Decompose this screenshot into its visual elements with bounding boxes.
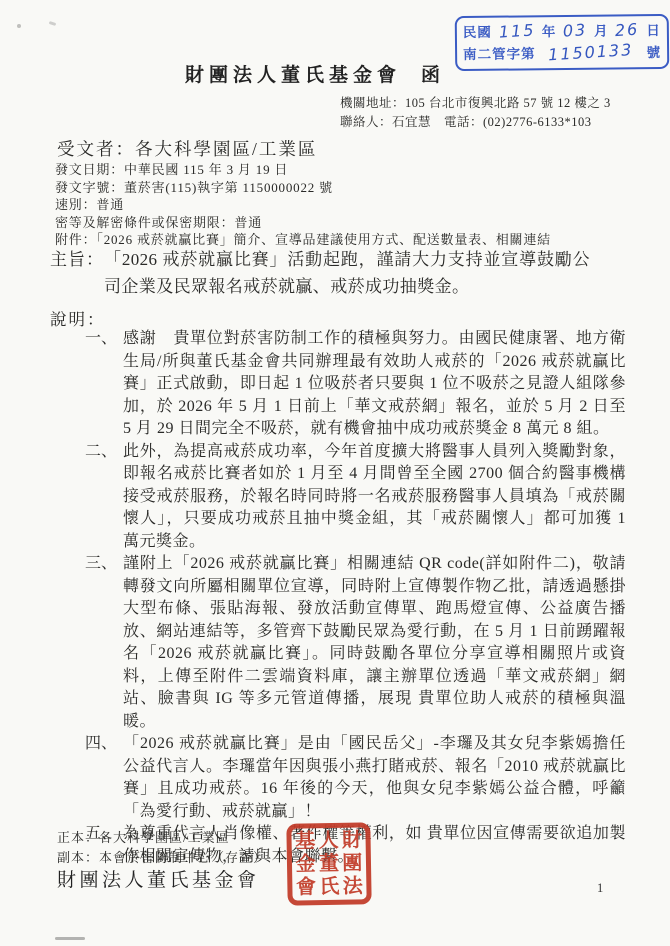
footer-block: 正本：各大科學園區/工業區 副本：本會菸害防制中心（存查） 財團法人董氏基金會 <box>57 828 267 891</box>
scan-artifact <box>55 937 85 940</box>
seal-char: 董 <box>317 852 341 875</box>
explanation-label: 說明： <box>50 306 106 330</box>
seal-char: 金 <box>294 853 318 876</box>
doc-type-label: 函 <box>421 65 445 86</box>
stamp-year-handwritten: 115 <box>498 19 536 42</box>
meta-block: 發文日期：中華民國 115 年 3 月 19 日 發文字號：董菸害(115)執字… <box>55 161 551 249</box>
stamp-month-unit: 月 <box>594 21 609 42</box>
scan-artifact <box>49 21 57 26</box>
stamp-era-label: 民國 <box>463 22 492 43</box>
item-text: 「2026 戒菸就贏比賽」是由「國民岳父」-李㼈及其女兒李紫嫣擔任公益代言人。李… <box>123 733 626 823</box>
document-title: 財團法人董氏基金會函 <box>0 60 630 87</box>
footer-original-copy: 正本：各大科學園區/工業區 <box>57 828 267 848</box>
contact-line: 聯絡人：石宜慧電話：(02)2776-6133*103 <box>340 113 611 132</box>
signer-org-name: 財團法人董氏基金會 <box>57 871 267 891</box>
org-name: 財團法人董氏基金會 <box>185 65 401 86</box>
scan-artifact <box>17 24 21 28</box>
explanation-item-1: 一、 感謝 貴單位對菸害防制工作的積極與努力。由國民健康署、地方衛生局/所與董氏… <box>85 328 626 441</box>
stamp-month-handwritten: 03 <box>562 19 588 41</box>
recipient-line: 受文者：各大科學園區/工業區 <box>57 136 317 161</box>
seal-char: 人 <box>317 830 341 853</box>
foundation-red-seal: 基 人 財 金 董 團 會 氏 法 <box>286 822 371 905</box>
item-text: 此外，為提高戒菸成功率，今年首度擴大將醫事人員列入獎勵對象，即報名戒菸比賽者如於… <box>123 441 626 554</box>
seal-char: 會 <box>294 876 318 899</box>
subject-block: 主旨： 「2026 戒菸就贏比賽」活動起跑，謹請大力支持並宣導鼓勵公司企業及民眾… <box>50 247 590 300</box>
item-text: 謹附上「2026 戒菸就贏比賽」相關連結 QR code(詳如附件二)，敬請轉發… <box>123 553 626 733</box>
item-number: 三、 <box>85 553 123 733</box>
explanation-items: 一、 感謝 貴單位對菸害防制工作的積極與努力。由國民健康署、地方衛生局/所與董氏… <box>85 328 626 868</box>
footer-carbon-copy: 副本：本會菸害防制中心（存查） <box>57 848 267 868</box>
explanation-item-2: 二、 此外，為提高戒菸成功率，今年首度擴大將醫事人員列入獎勵對象，即報名戒菸比賽… <box>85 441 626 554</box>
agency-info-block: 機關地址：105 台北市復興北路 57 號 12 樓之 3 聯絡人：石宜慧電話：… <box>340 94 611 131</box>
contact-phone: 電話：(02)2776-6133*103 <box>444 115 592 129</box>
stamp-year-unit: 年 <box>542 21 557 42</box>
agency-address: 機關地址：105 台北市復興北路 57 號 12 樓之 3 <box>340 94 611 113</box>
seal-char: 法 <box>341 875 365 898</box>
scanned-official-letter: 民國 115 年 03 月 26 日 南二管字第 1150133 號 財團法人董… <box>0 0 670 946</box>
meta-issue-date: 發文日期：中華民國 115 年 3 月 19 日 <box>55 161 551 179</box>
subject-text: 「2026 戒菸就贏比賽」活動起跑，謹請大力支持並宣導鼓勵公司企業及民眾報名戒菸… <box>104 247 590 300</box>
seal-char: 財 <box>340 829 364 852</box>
meta-doc-number: 發文字號：董菸害(115)執字第 1150000022 號 <box>55 179 551 197</box>
subject-label: 主旨： <box>50 247 104 300</box>
seal-char: 團 <box>340 852 364 875</box>
item-number: 二、 <box>85 441 123 554</box>
seal-char: 基 <box>293 830 317 853</box>
meta-security: 密等及解密條件或保密期限：普通 <box>55 214 551 232</box>
item-text: 感謝 貴單位對菸害防制工作的積極與努力。由國民健康署、地方衛生局/所與董氏基金會… <box>123 328 626 441</box>
stamp-day-handwritten: 26 <box>615 19 641 41</box>
item-number: 一、 <box>85 328 123 441</box>
stamp-day-unit: 日 <box>646 20 661 41</box>
seal-char: 氏 <box>318 875 342 898</box>
explanation-item-4: 四、 「2026 戒菸就贏比賽」是由「國民岳父」-李㼈及其女兒李紫嫣擔任公益代言… <box>85 733 626 823</box>
stamp-ref-unit: 號 <box>646 42 661 63</box>
meta-speed: 速別：普通 <box>55 196 551 214</box>
item-number: 四、 <box>85 733 123 823</box>
explanation-item-3: 三、 謹附上「2026 戒菸就贏比賽」相關連結 QR code(詳如附件二)，敬… <box>85 553 626 733</box>
contact-person: 聯絡人：石宜慧 <box>340 115 431 129</box>
page-number: 1 <box>597 881 603 896</box>
